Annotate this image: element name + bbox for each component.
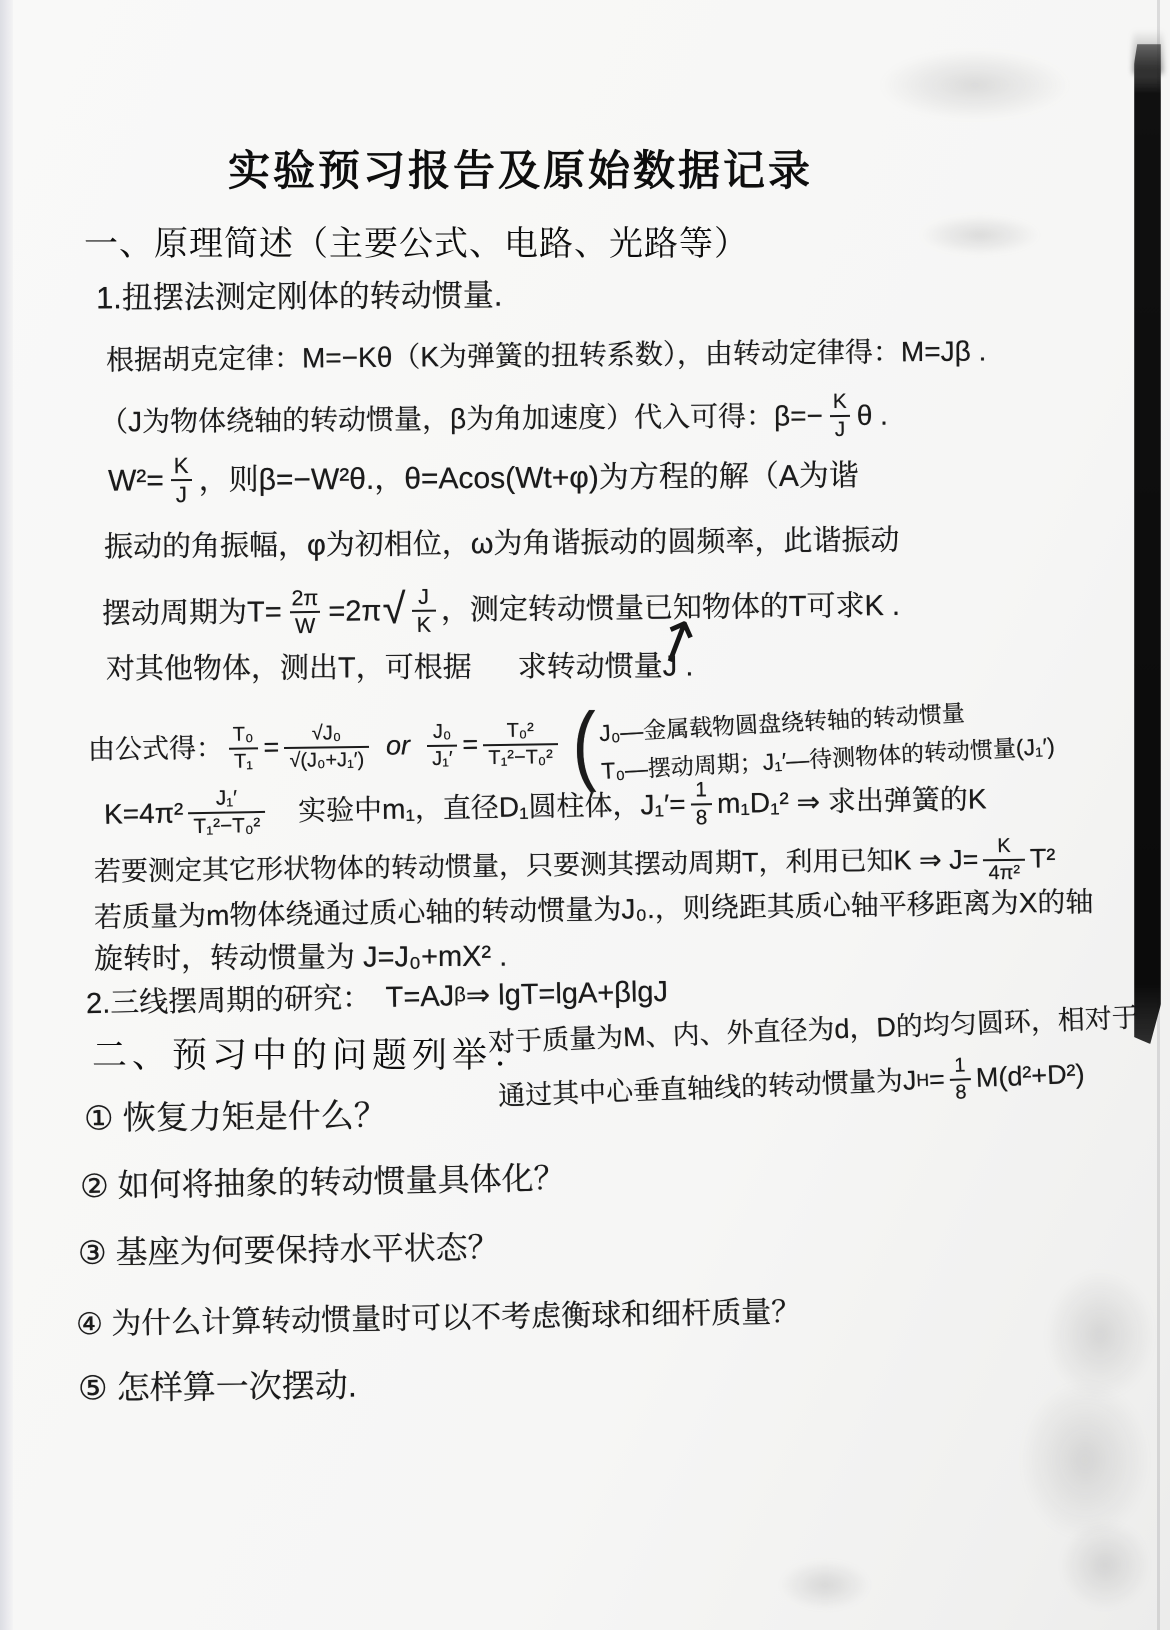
formula-text: T² bbox=[1030, 842, 1056, 876]
fraction-t-squares: T₀²T₁²−T₀² bbox=[483, 720, 558, 769]
scan-edge-band bbox=[1134, 44, 1161, 1044]
scan-smudge bbox=[1020, 1380, 1150, 1540]
formula-text: =2π bbox=[328, 593, 381, 630]
question-3: ③ 基座为何要保持水平状态？ bbox=[78, 1227, 500, 1273]
principle-line-period: 摆动周期为T= 2πW =2π √ JK ，测定转动惯量已知物体的T可求K . bbox=[102, 580, 901, 641]
formula-annotations: J₀—金属载物圆盘绕转轴的转动惯量 T₀—摆动周期；J₁′—待测物体的转动惯量(… bbox=[598, 690, 1056, 791]
fraction-k-over-4pi2: K4π² bbox=[983, 836, 1025, 885]
section1-heading: 一、原理简述（主要公式、电路、光路等） bbox=[84, 224, 749, 267]
fraction-j1-over-dt: J₁′T₁²−T₀² bbox=[188, 787, 266, 838]
or-word: or bbox=[386, 729, 410, 763]
formula-text: 摆动周期为T= bbox=[102, 594, 282, 632]
principle-item2-title: 2.三线摆周期的研究： T=AJ β ⇒ lgT=lgA+βlgJ bbox=[86, 974, 669, 1022]
formula-text: K=4π² bbox=[104, 796, 184, 832]
principle-line-hooke: 根据胡克定律：M=−Kθ（K为弹簧的扭转系数），由转动定律得：M=Jβ . bbox=[106, 333, 987, 377]
formula-text: 若要测定其它形状物体的转动惯量，只要测其摆动周期T，利用已知K ⇒ J= bbox=[94, 843, 979, 889]
equals-sign: = bbox=[462, 728, 478, 762]
fraction-one-eighth: 18 bbox=[949, 1055, 972, 1104]
scan-smudge bbox=[1045, 1270, 1155, 1400]
formula-text: ⇒ lgT=lgA+βlgJ bbox=[465, 974, 668, 1014]
question-5: ⑤ 怎样算一次摆动. bbox=[78, 1365, 357, 1409]
scan-smudge bbox=[780, 1560, 870, 1610]
fraction-t0-t1: T₀T₁ bbox=[228, 724, 259, 772]
scan-smudge bbox=[920, 215, 1040, 255]
scan-smudge bbox=[880, 50, 1070, 120]
principle-line-omega: W²= KJ ，则β=−W²θ.，θ=Acos(Wt+φ)为方程的解（A为谐 bbox=[108, 449, 859, 507]
fraction-j-over-k: JK bbox=[411, 585, 436, 636]
formula-text: （J为物体绕轴的转动惯量，β为角加速度）代入可得：β=− bbox=[100, 398, 823, 439]
subscript-h: H bbox=[916, 1070, 930, 1092]
sqrt-sign: √ bbox=[382, 583, 406, 636]
formula-text: 通过其中心垂直轴线的转动惯量为J bbox=[498, 1064, 917, 1114]
fraction-k-over-j: KJ bbox=[828, 391, 852, 441]
fraction-k-over-j: KJ bbox=[169, 454, 194, 507]
formula-text: m₁D₁² ⇒ 求出弹簧的K bbox=[717, 782, 987, 822]
principle-item1-title: 1.扭摆法测定刚体的转动惯量. bbox=[96, 277, 503, 319]
scan-smudge bbox=[1060, 1520, 1150, 1610]
fraction-sqrtj0: √J₀√(J₀+J₁′) bbox=[284, 723, 369, 772]
formula-text: ，则β=−W²θ.，θ=Acos(Wt+φ)为方程的解（A为谐 bbox=[199, 457, 859, 499]
formula-text: 对其他物体，测出T，可根据 bbox=[106, 650, 472, 688]
ring-note-line2: 通过其中心垂直轴线的转动惯量为J H = 18 M(d²+D²) bbox=[497, 1051, 1085, 1121]
scan-left-edge bbox=[0, 0, 13, 1630]
fraction-2pi-over-w: 2πW bbox=[286, 587, 323, 638]
question-1: ① 恢复力矩是什么？ bbox=[84, 1094, 387, 1138]
principle-line-beta: （J为物体绕轴的转动惯量，β为角加速度）代入可得：β=− KJ θ . bbox=[100, 391, 888, 447]
formula-text: W²= bbox=[108, 462, 164, 500]
fraction-one-eighth: 18 bbox=[690, 779, 712, 829]
formula-label: 由公式得： bbox=[88, 732, 223, 768]
formula-text: 2.三线摆周期的研究： T=AJ bbox=[86, 978, 455, 1022]
question-4: ④ 为什么计算转动惯量时可以不考虑衡球和细杆质量？ bbox=[76, 1294, 802, 1344]
equals-sign: = bbox=[928, 1063, 945, 1097]
principle-line-amplitude: 振动的角振幅，φ为初相位，ω为角谐振动的圆频率，此谐振动 bbox=[104, 523, 900, 566]
fraction-j0-j1: J₀J₁′ bbox=[427, 721, 458, 769]
principle-line-parallel-axis-2: 旋转时，转动惯量为 J=J₀+mX² . bbox=[94, 939, 507, 978]
scanned-document-page: 实验预习报告及原始数据记录 一、原理简述（主要公式、电路、光路等） 1.扭摆法测… bbox=[0, 0, 1170, 1630]
principle-line-other-bodies: 对其他物体，测出T，可根据 求转动惯量J . bbox=[106, 648, 694, 687]
formula-text: 求转动惯量J . bbox=[518, 648, 694, 685]
document-title: 实验预习报告及原始数据记录 bbox=[228, 146, 813, 199]
formula-text: θ . bbox=[857, 398, 888, 433]
formula-text: 实验中m₁，直径D₁圆柱体，J₁′= bbox=[270, 787, 686, 829]
formula-text: M(d²+D²) bbox=[975, 1058, 1085, 1096]
equals-sign: = bbox=[263, 731, 279, 765]
question-2: ② 如何将抽象的转动惯量具体化？ bbox=[80, 1158, 566, 1206]
section2-heading: 二、预习中的问题列举： bbox=[92, 1034, 532, 1078]
beta-exponent: β bbox=[454, 984, 466, 1010]
